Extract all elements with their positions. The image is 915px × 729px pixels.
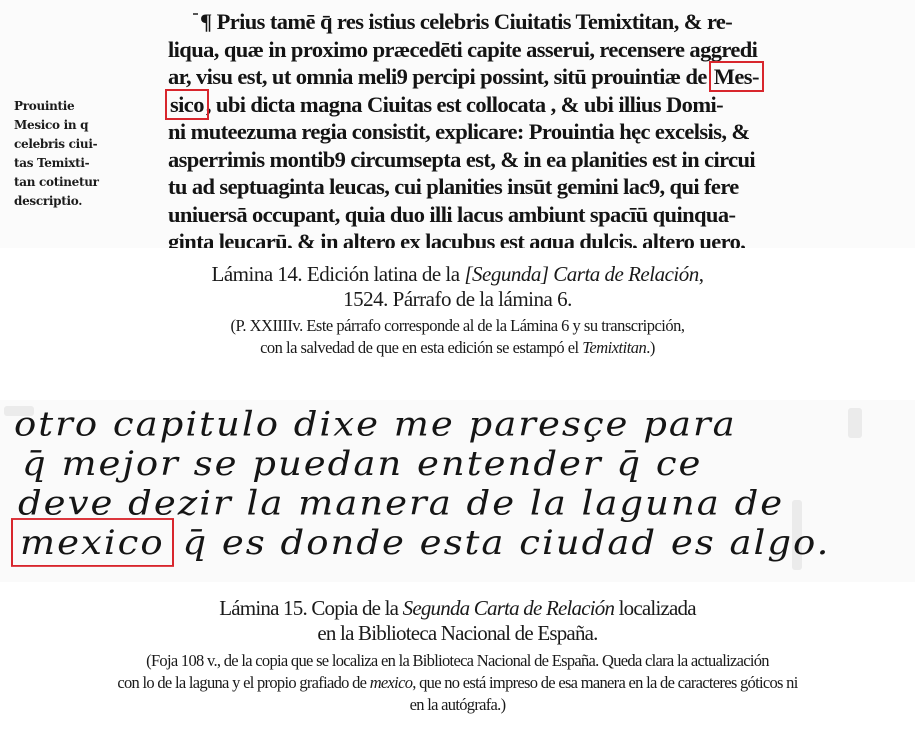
caption-title-line2: en la Biblioteca Nacional de España. (0, 621, 915, 646)
caption-text: , (699, 262, 704, 286)
manuscript-segment: q̄ es donde esta ciudad es algo. (169, 523, 831, 563)
text-line: ni muteezuma regia consistit, explicare:… (168, 118, 913, 146)
caption-italic: mexico (370, 673, 413, 692)
caption-text: Lámina 14. Edición latina de la (212, 262, 465, 286)
highlight-box-mesico-part2: sico (168, 92, 206, 117)
caption-note: (P. XXIIIIv. Este párrafo corresponde al… (0, 315, 915, 359)
gloss-line: tan cotinetur (14, 173, 164, 192)
caption-text: , que no está impreso de esa manera en l… (412, 673, 797, 692)
manuscript-line: otro capitulo dixe me paresçe para (14, 404, 830, 444)
caption-title: Lámina 14. Edición latina de la [Segunda… (0, 262, 915, 287)
plate-14-image: Prouintie Mesico in q celebris ciui- tas… (0, 0, 915, 248)
gloss-line: tas Temixti- (14, 154, 164, 173)
caption-title-line2: 1524. Párrafo de la lámina 6. (0, 287, 915, 312)
caption-title: Lámina 15. Copia de la Segunda Carta de … (0, 596, 915, 621)
caption-note-line: con lo de la laguna y el propio grafiado… (0, 672, 915, 694)
gloss-line: Prouintie (14, 97, 164, 116)
caption-note-line: en la autógrafa.) (0, 694, 915, 716)
plate-15-image: otro capitulo dixe me paresçe para q̄ me… (0, 400, 915, 582)
caption-note-line: con la salvedad de que en esta edición s… (0, 337, 915, 359)
caption-italic: Temixtitan (582, 338, 646, 357)
manuscript-line: deve dezir la manera de la laguna de (18, 483, 830, 523)
margin-gloss: Prouintie Mesico in q celebris ciui- tas… (14, 97, 164, 211)
manuscript-text-block: otro capitulo dixe me paresçe para q̄ me… (14, 404, 830, 562)
text-line: ginta leucarū, & in altero ex lacubus es… (168, 228, 913, 248)
caption-text: con lo de la laguna y el propio grafiado… (117, 673, 369, 692)
gloss-line: descriptio. (14, 192, 164, 211)
latin-text-block: ¶ Prius tamē q̄ res istius celebris Ciui… (168, 8, 913, 248)
manuscript-line: q̄ mejor se puedan entender q̄ ce (22, 444, 830, 484)
text-line: tu ad septuaginta leucas, cui planities … (168, 173, 913, 201)
caption-note-line: (Foja 108 v., de la copia que se localiz… (0, 650, 915, 672)
caption-text: Lámina 15. Copia de la (219, 596, 402, 620)
caption-plate-14: Lámina 14. Edición latina de la [Segunda… (0, 262, 915, 359)
highlight-box-mexico: mexico (16, 523, 169, 563)
gloss-line: Mesico in q (14, 116, 164, 135)
caption-italic: [Segunda] Carta de Relación (464, 262, 698, 286)
text-line: sico, ubi dicta magna Ciuitas est colloc… (168, 91, 913, 119)
text-line: asperrimis montib9 circumsepta est, & in… (168, 146, 913, 174)
manuscript-line: mexico q̄ es donde esta ciudad es algo. (16, 523, 830, 563)
caption-text: localizada (614, 596, 696, 620)
caption-text: .) (646, 338, 655, 357)
text-line: uniuersā occupant, quia duo illi lacus a… (168, 201, 913, 229)
caption-italic: Segunda Carta de Relación (403, 596, 615, 620)
text-line: ¶ Prius tamē q̄ res istius celebris Ciui… (168, 8, 913, 36)
paper-smudge (848, 408, 862, 438)
caption-text: con la salvedad de que en esta edición s… (260, 338, 582, 357)
gloss-line: celebris ciui- (14, 135, 164, 154)
caption-plate-15: Lámina 15. Copia de la Segunda Carta de … (0, 596, 915, 716)
highlight-box-mesico-part1: Mes- (712, 64, 761, 89)
text-segment: , ubi dicta magna Ciuitas est collocata … (206, 92, 723, 117)
caption-note-line: (P. XXIIIIv. Este párrafo corresponde al… (0, 315, 915, 337)
text-line: ar, visu est, ut omnia meli9 percipi pos… (168, 63, 913, 91)
caption-note: (Foja 108 v., de la copia que se localiz… (0, 650, 915, 716)
text-segment: ar, visu est, ut omnia meli9 percipi pos… (168, 64, 712, 89)
text-line: liqua, quæ in proximo præcedēti capite a… (168, 36, 913, 64)
